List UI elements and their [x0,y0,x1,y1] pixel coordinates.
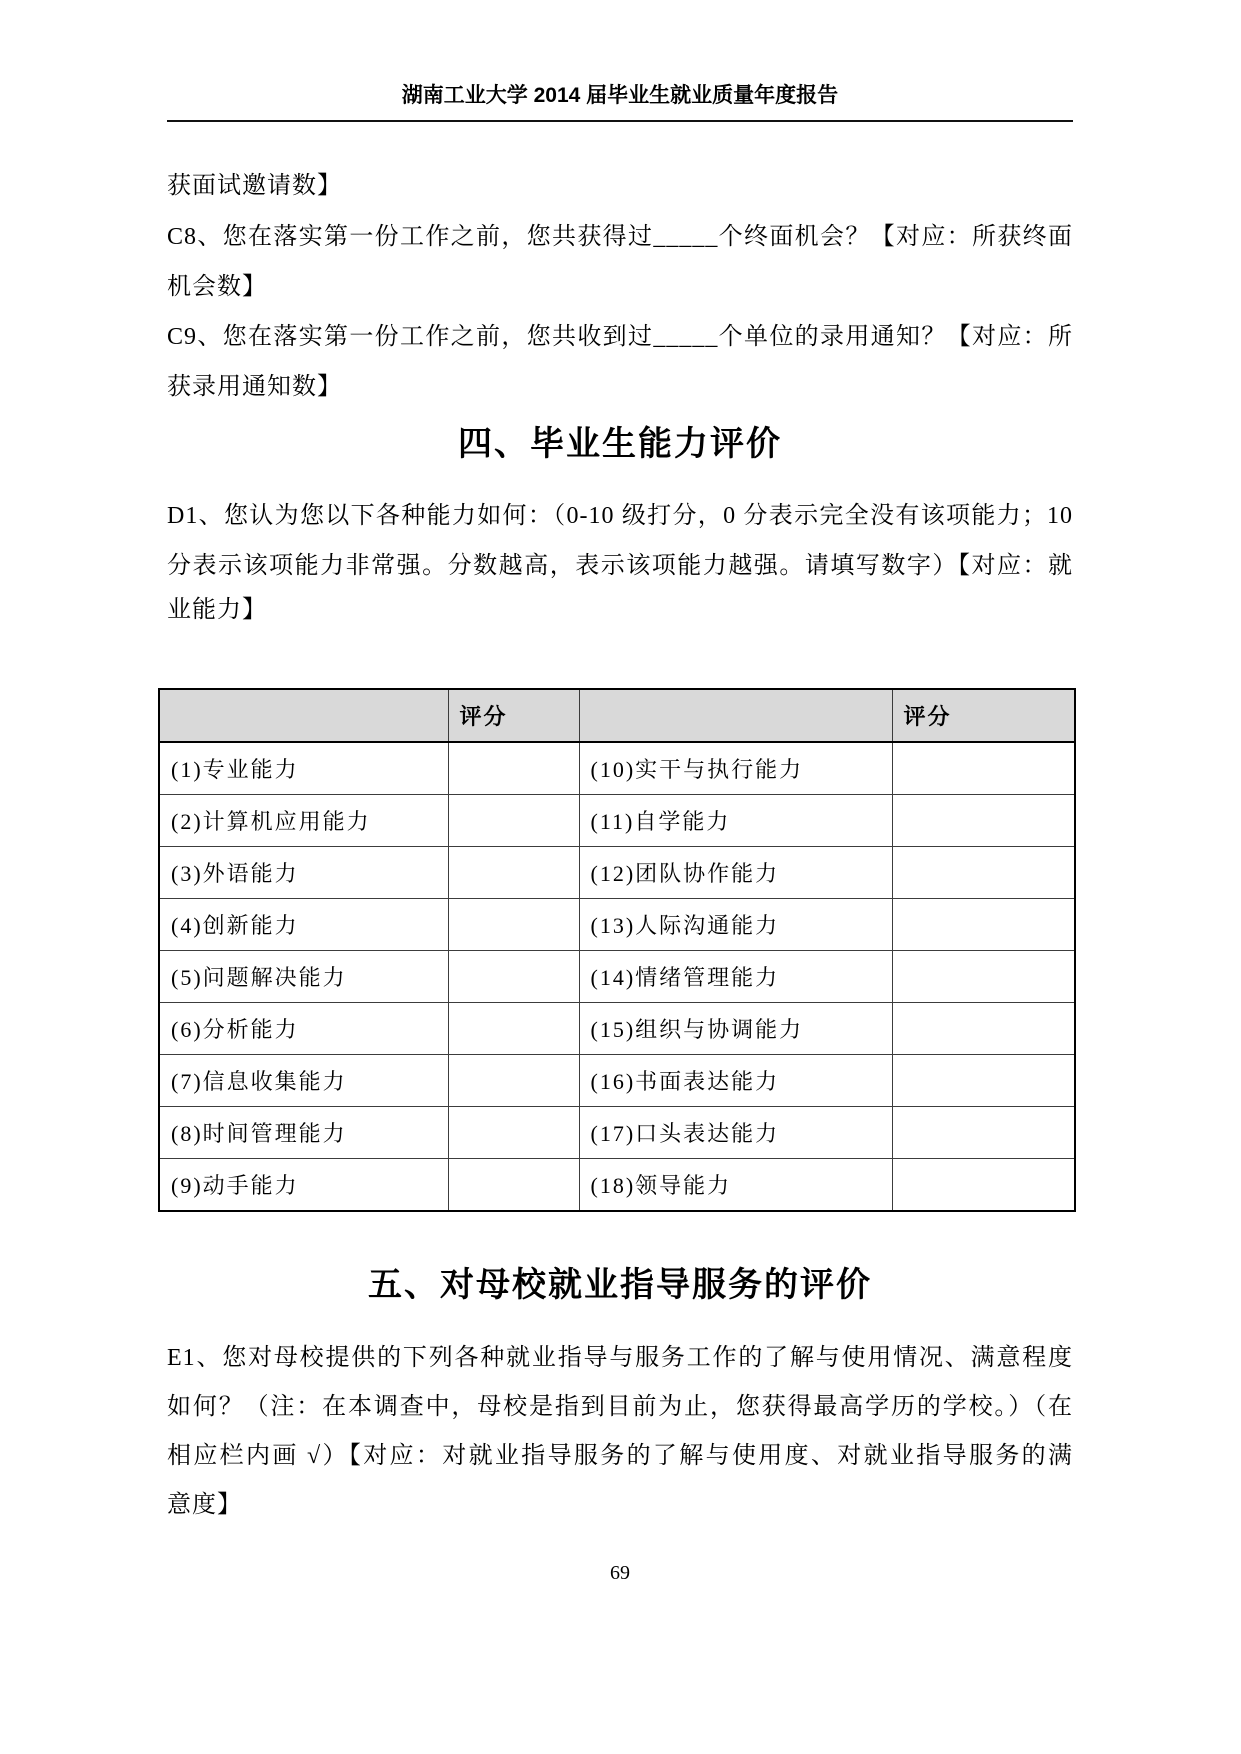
table-row: (4)创新能力 (13)人际沟通能力 [159,899,1075,951]
ability-label: (13)人际沟通能力 [579,899,892,951]
question-d1-line2: 分表示该项能力非常强。分数越高，表示该项能力越强。请填写数字）【对应：就 [167,550,1073,582]
score-value-cell [448,742,579,795]
ability-label: (18)领导能力 [579,1159,892,1212]
ability-label: (3)外语能力 [159,847,448,899]
score-value-cell [892,847,1075,899]
table-row: (1)专业能力 (10)实干与执行能力 [159,742,1075,795]
question-c8-line2: 机会数】 [167,271,1073,303]
ability-label: (17)口头表达能力 [579,1107,892,1159]
question-c7-continuation: 获面试邀请数】 [167,170,1073,202]
ability-rating-table: 评分 评分 (1)专业能力 (10)实干与执行能力 (2)计算机应用能力 (11… [158,688,1076,1212]
question-d1-line1: D1、您认为您以下各种能力如何：（0-10 级打分，0 分表示完全没有该项能力；… [167,500,1073,532]
header-score-right-cell: 评分 [892,689,1075,742]
ability-label: (16)书面表达能力 [579,1055,892,1107]
ability-label: (14)情绪管理能力 [579,951,892,1003]
score-value-cell [448,795,579,847]
question-e1-line3: 相应栏内画 √）【对应：对就业指导服务的了解与使用度、对就业指导服务的满 [167,1440,1073,1472]
ability-label: (11)自学能力 [579,795,892,847]
question-c9-line2: 获录用通知数】 [167,371,1073,403]
header-ability-left-cell [159,689,448,742]
score-value-cell [448,951,579,1003]
score-value-cell [448,847,579,899]
ability-label: (9)动手能力 [159,1159,448,1212]
ability-label: (4)创新能力 [159,899,448,951]
question-c8-line1: C8、您在落实第一份工作之前，您共获得过_____个终面机会？【对应：所获终面 [167,221,1073,253]
question-e1-line4: 意度】 [167,1489,1073,1521]
table-row: (2)计算机应用能力 (11)自学能力 [159,795,1075,847]
score-value-cell [448,1107,579,1159]
question-d1-line3: 业能力】 [167,594,1073,626]
table-row: (6)分析能力 (15)组织与协调能力 [159,1003,1075,1055]
score-value-cell [892,951,1075,1003]
running-header: 湖南工业大学 2014 届毕业生就业质量年度报告 [167,82,1073,122]
table-header-row: 评分 评分 [159,689,1075,742]
score-value-cell [892,1003,1075,1055]
score-value-cell [448,899,579,951]
ability-label: (5)问题解决能力 [159,951,448,1003]
question-e1-line1: E1、您对母校提供的下列各种就业指导与服务工作的了解与使用情况、满意程度 [167,1342,1073,1374]
ability-label: (6)分析能力 [159,1003,448,1055]
ability-label: (15)组织与协调能力 [579,1003,892,1055]
table-row: (8)时间管理能力 (17)口头表达能力 [159,1107,1075,1159]
score-value-cell [448,1159,579,1212]
question-c9-line1: C9、您在落实第一份工作之前，您共收到过_____个单位的录用通知？【对应：所 [167,321,1073,353]
ability-label: (10)实干与执行能力 [579,742,892,795]
ability-label: (1)专业能力 [159,742,448,795]
score-value-cell [892,742,1075,795]
report-page: 湖南工业大学 2014 届毕业生就业质量年度报告 获面试邀请数】 C8、您在落实… [0,0,1241,1754]
ability-label: (8)时间管理能力 [159,1107,448,1159]
section4-heading: 四、毕业生能力评价 [167,421,1073,467]
table-row: (3)外语能力 (12)团队协作能力 [159,847,1075,899]
score-value-cell [448,1055,579,1107]
score-value-cell [892,899,1075,951]
table-row: (9)动手能力 (18)领导能力 [159,1159,1075,1212]
table-row: (5)问题解决能力 (14)情绪管理能力 [159,951,1075,1003]
score-value-cell [892,1159,1075,1212]
table-row: (7)信息收集能力 (16)书面表达能力 [159,1055,1075,1107]
score-value-cell [892,1055,1075,1107]
running-header-title: 湖南工业大学 2014 届毕业生就业质量年度报告 [402,84,838,107]
score-value-cell [892,1107,1075,1159]
question-e1-line2: 如何？（注：在本调查中，母校是指到目前为止，您获得最高学历的学校。）（在 [167,1391,1073,1423]
page-number: 69 [167,1560,1073,1586]
ability-label: (12)团队协作能力 [579,847,892,899]
header-ability-right-cell [579,689,892,742]
ability-label: (7)信息收集能力 [159,1055,448,1107]
section5-heading: 五、对母校就业指导服务的评价 [167,1262,1073,1308]
header-score-left-cell: 评分 [448,689,579,742]
score-value-cell [448,1003,579,1055]
ability-label: (2)计算机应用能力 [159,795,448,847]
score-value-cell [892,795,1075,847]
